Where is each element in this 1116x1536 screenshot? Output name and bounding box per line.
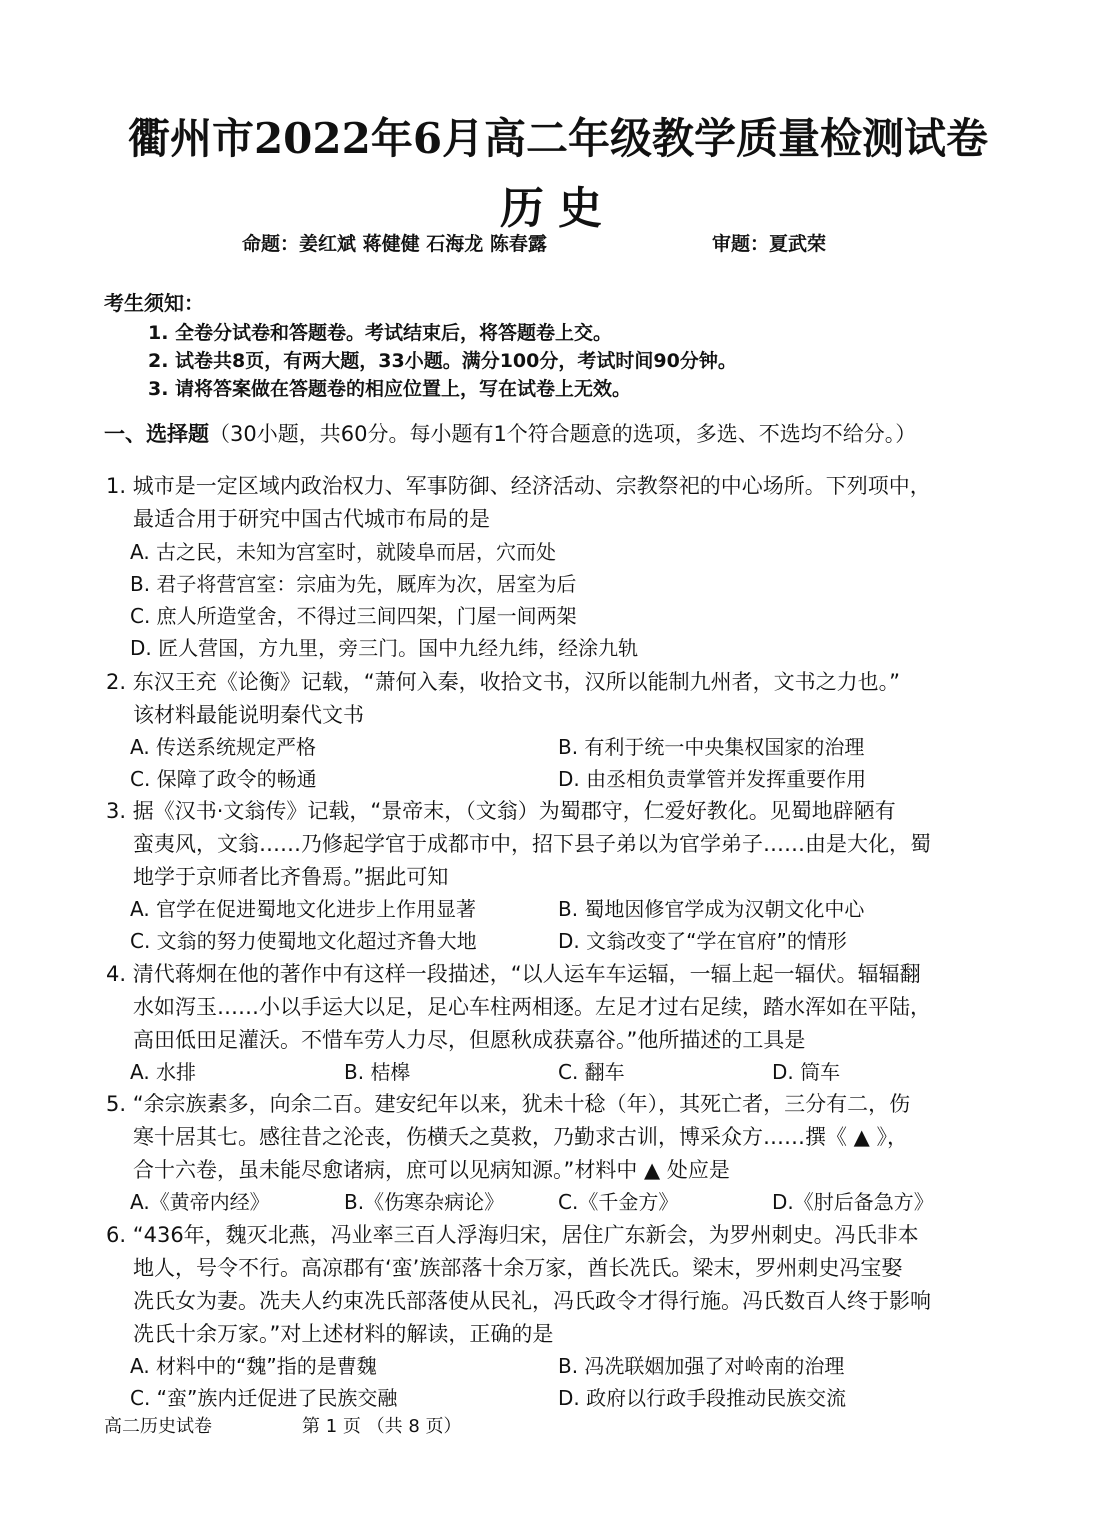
footer-exam-name: 高二历史试卷: [104, 1412, 212, 1438]
notice-item: 2. 试卷共8页，有两大题，33小题。满分100分，考试时间90分钟。: [148, 346, 737, 373]
question-5-option-b: B.《伤寒杂病论》: [344, 1186, 504, 1215]
question-2-option-b: B. 有利于统一中央集权国家的治理: [558, 731, 864, 760]
question-6-option-a: A. 材料中的“魏”指的是曹魏: [130, 1350, 377, 1379]
notice-title: 考生须知：: [104, 287, 204, 316]
question-5-stem: 5. “余宗族素多，向余二百。建安纪年以来，犹未十稔（年），其死亡者，三分有二，…: [106, 1088, 910, 1118]
question-4-option-c: C. 翻车: [558, 1056, 625, 1085]
question-5-option-d: D.《肘后备急方》: [772, 1186, 934, 1215]
question-2-stem: 2. 东汉王充《论衡》记载，“萧何入秦，收拾文书，汉所以能制九州者，文书之力也。…: [106, 666, 900, 696]
question-5-stem-cont: 寒十居其七。感往昔之沦丧，伤横夭之莫救，乃勤求古训，博采众方……撰《 ▲ 》，: [133, 1121, 908, 1151]
question-6-stem-cont: 地人，号令不行。高凉郡有‘蛮’族部落十余万家，酋长冼氏。梁末，罗州刺史冯宝娶: [133, 1252, 902, 1282]
question-1-option-d: D. 匠人营国，方九里，旁三门。国中九经九纬，经涂九轨: [130, 632, 638, 661]
question-4-option-b: B. 桔槔: [344, 1056, 410, 1085]
question-3-option-a: A. 官学在促进蜀地文化进步上作用显著: [130, 893, 476, 922]
question-4-stem: 4. 清代蒋炯在他的著作中有这样一段描述，“以人运车车运辐，一辐上起一辐伏。辐辐…: [106, 958, 921, 988]
subject-title: 历史: [0, 172, 1116, 236]
exam-title: 衢州市2022年6月高二年级教学质量检测试卷: [0, 106, 1116, 166]
authors-line: 命题：姜红斌 蒋健健 石海龙 陈春露: [242, 229, 547, 256]
question-1-stem-cont: 最适合用于研究中国古代城市布局的是: [133, 503, 490, 533]
question-4-option-d: D. 筒车: [772, 1056, 840, 1085]
notice-item: 3. 请将答案做在答题卷的相应位置上，写在试卷上无效。: [148, 374, 631, 401]
question-6-stem: 6. “436年，魏灭北燕，冯业率三百人浮海归宋，居住广东新会，为罗州刺史。冯氏…: [106, 1219, 919, 1249]
question-1-option-b: B. 君子将营宫室：宗庙为先，厩库为次，居室为后: [130, 568, 576, 597]
section-title: 一、选择题: [104, 422, 209, 446]
question-1-option-c: C. 庶人所造堂舍，不得过三间四架，门屋一间两架: [130, 600, 577, 629]
question-2-stem-cont: 该材料最能说明秦代文书: [133, 699, 364, 729]
question-6-option-b: B. 冯冼联姻加强了对岭南的治理: [558, 1350, 844, 1379]
footer-page-number: 第 1 页 （共 8 页）: [302, 1412, 462, 1438]
question-6-stem-cont: 冼氏十余万家。”对上述材料的解读，正确的是: [133, 1318, 553, 1348]
question-6-option-c: C. “蛮”族内迁促进了民族交融: [130, 1382, 397, 1411]
section-heading: 一、选择题（30小题，共60分。每小题有1个符合题意的选项，多选、不选均不给分。…: [104, 418, 916, 448]
question-2-option-c: C. 保障了政令的畅通: [130, 763, 317, 792]
question-3-stem-cont: 地学于京师者比齐鲁焉。”据此可知: [133, 861, 448, 891]
question-3-option-b: B. 蜀地因修官学成为汉朝文化中心: [558, 893, 864, 922]
question-2-option-a: A. 传送系统规定严格: [130, 731, 316, 760]
question-5-stem-cont: 合十六卷，虽未能尽愈诸病，庶可以见病知源。”材料中 ▲ 处应是: [133, 1154, 730, 1184]
reviewer-line: 审题：夏武荣: [712, 229, 826, 256]
question-3-option-c: C. 文翁的努力使蜀地文化超过齐鲁大地: [130, 925, 477, 954]
question-5-option-a: A.《黄帝内经》: [130, 1186, 270, 1215]
question-3-stem: 3. 据《汉书·文翁传》记载，“景帝末，（文翁）为蜀郡守，仁爱好教化。见蜀地辟陋…: [106, 795, 896, 825]
question-3-option-d: D. 文翁改变了“学在官府”的情形: [558, 925, 847, 954]
question-4-stem-cont: 水如泻玉……小以手运大以足，足心车柱两相逐。左足才过右足续，踏水浑如在平陆，: [133, 991, 931, 1021]
notice-item: 1. 全卷分试卷和答题卷。考试结束后，将答题卷上交。: [148, 318, 612, 345]
question-6-option-d: D. 政府以行政手段推动民族交流: [558, 1382, 846, 1411]
question-5-option-c: C.《千金方》: [558, 1186, 678, 1215]
question-4-option-a: A. 水排: [130, 1056, 196, 1085]
question-4-stem-cont: 高田低田足灌沃。不惜车劳人力尽，但愿秋成获嘉谷。”他所描述的工具是: [133, 1024, 805, 1054]
question-3-stem-cont: 蛮夷风，文翁……乃修起学官于成都市中，招下县子弟以为官学弟子……由是大化，蜀: [133, 828, 931, 858]
question-1-option-a: A. 古之民，未知为宫室时，就陵阜而居，穴而处: [130, 536, 556, 565]
question-1-stem: 1. 城市是一定区域内政治权力、军事防御、经济活动、宗教祭祀的中心场所。下列项中…: [106, 470, 931, 500]
question-2-option-d: D. 由丞相负责掌管并发挥重要作用: [558, 763, 866, 792]
question-6-stem-cont: 冼氏女为妻。冼夫人约束冼氏部落使从民礼，冯氏政令才得行施。冯氏数百人终于影响: [133, 1285, 931, 1315]
section-note: （30小题，共60分。每小题有1个符合题意的选项，多选、不选均不给分。）: [209, 422, 916, 446]
